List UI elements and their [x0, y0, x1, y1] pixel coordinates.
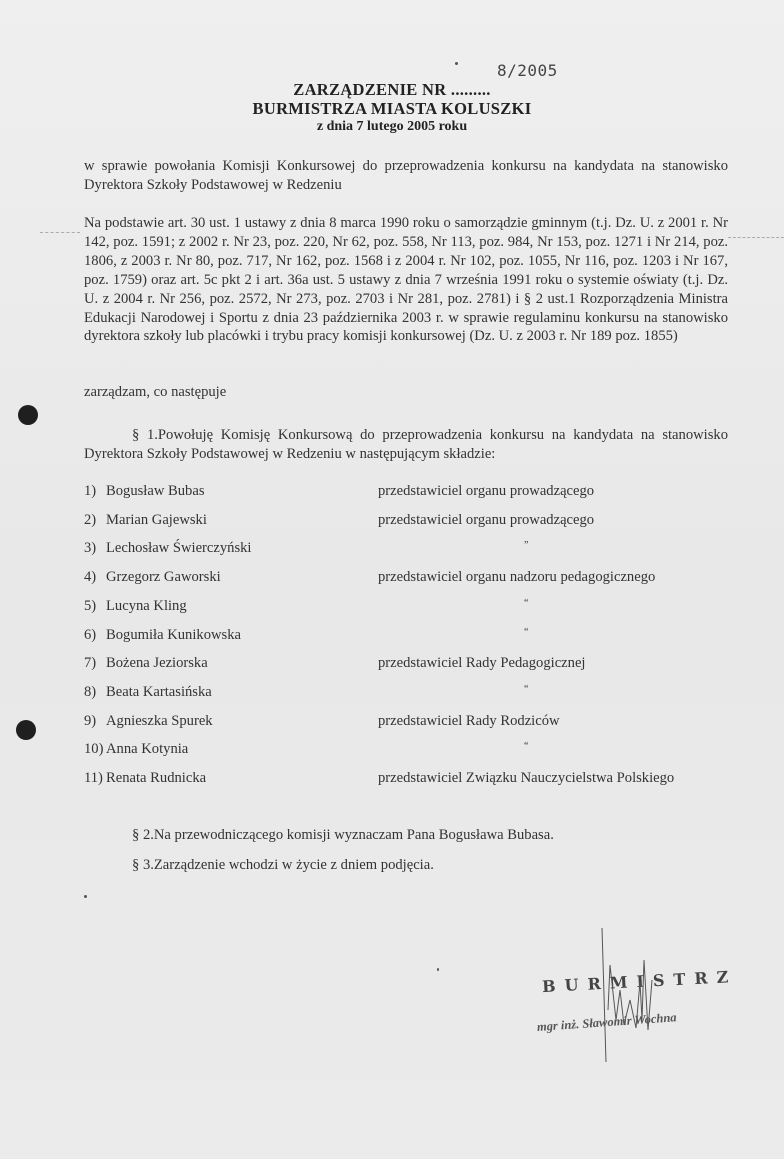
member-role: “	[524, 741, 528, 752]
member-number: 7)	[84, 655, 96, 672]
member-number: 10)	[84, 741, 103, 758]
document-date: z dnia 7 lutego 2005 roku	[0, 119, 784, 135]
legal-basis-paragraph: Na podstawie art. 30 ust. 1 ustawy z dni…	[84, 214, 728, 346]
punch-hole-top	[18, 405, 38, 425]
punch-hole-bottom	[16, 720, 36, 740]
member-number: 1)	[84, 483, 96, 500]
member-role: przedstawiciel organu prowadzącego	[378, 483, 594, 500]
member-number: 11)	[84, 770, 103, 787]
scan-speck	[84, 895, 87, 898]
member-number: 5)	[84, 598, 96, 615]
member-role: ”	[524, 540, 528, 551]
member-name: Agnieszka Spurek	[106, 713, 213, 730]
member-number: 4)	[84, 569, 96, 586]
member-name: Bogusław Bubas	[106, 483, 205, 500]
member-number: 9)	[84, 713, 96, 730]
member-name: Marian Gajewski	[106, 512, 207, 529]
member-role: przedstawiciel Związku Nauczycielstwa Po…	[378, 770, 674, 787]
member-role: przedstawiciel Rady Rodziców	[378, 713, 560, 730]
section-1: § 1.Powołuję Komisję Konkursową do przep…	[84, 426, 728, 464]
member-role: przedstawiciel organu nadzoru pedagogicz…	[378, 569, 655, 586]
fold-mark-left	[40, 232, 80, 233]
member-role: “	[524, 598, 528, 609]
decree-phrase: zarządzam, co następuje	[84, 384, 226, 401]
member-name: Bożena Jeziorska	[106, 655, 208, 672]
scanned-page: 8/2005 ZARZĄDZENIE NR ......... BURMISTR…	[0, 0, 784, 1159]
issuer-title: BURMISTRZA MIASTA KOLUSZKI	[0, 99, 784, 119]
section-3: § 3.Zarządzenie wchodzi w życie z dniem …	[132, 857, 434, 874]
signature	[580, 920, 670, 1070]
member-number: 2)	[84, 512, 96, 529]
document-title: ZARZĄDZENIE NR .........	[0, 80, 784, 100]
member-name: Anna Kotynia	[106, 741, 188, 758]
member-name: Lechosław Świerczyński	[106, 540, 252, 557]
subject-paragraph: w sprawie powołania Komisji Konkursowej …	[84, 157, 728, 195]
member-number: 6)	[84, 627, 96, 644]
scan-speck	[437, 968, 439, 971]
section-2: § 2.Na przewodniczącego komisji wyznacza…	[132, 827, 554, 844]
member-number: 8)	[84, 684, 96, 701]
fold-mark-right	[728, 237, 784, 238]
member-role: przedstawiciel organu prowadzącego	[378, 512, 594, 529]
member-name: Beata Kartasińska	[106, 684, 212, 701]
member-name: Grzegorz Gaworski	[106, 569, 221, 586]
member-role: przedstawiciel Rady Pedagogicznej	[378, 655, 585, 672]
member-name: Bogumiła Kunikowska	[106, 627, 241, 644]
member-number: 3)	[84, 540, 96, 557]
member-role: “	[524, 627, 528, 638]
member-name: Lucyna Kling	[106, 598, 187, 615]
scan-speck	[455, 62, 458, 65]
handwritten-number: 8/2005	[497, 61, 558, 80]
member-name: Renata Rudnicka	[106, 770, 206, 787]
member-role: “	[524, 684, 528, 695]
